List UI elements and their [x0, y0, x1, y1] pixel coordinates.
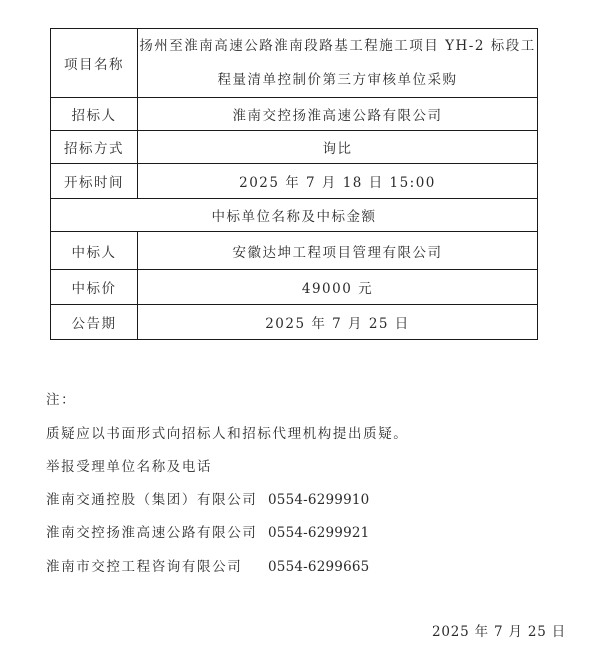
- contact-org: 淮南交控扬淮高速公路有限公司: [46, 521, 268, 541]
- contact-phone: 0554-6299665: [268, 559, 369, 575]
- section-header: 中标单位名称及中标金额: [51, 199, 538, 232]
- notes-heading: 注：: [46, 388, 76, 408]
- method-label: 招标方式: [51, 131, 138, 164]
- row-winner: 中标人 安徽达坤工程项目管理有限公司: [51, 232, 538, 270]
- row-method: 招标方式 询比: [51, 131, 538, 164]
- price-value: 49000 元: [138, 270, 538, 305]
- row-price: 中标价 49000 元: [51, 270, 538, 305]
- contact-phone: 0554-6299921: [268, 525, 369, 541]
- contact-item: 淮南交通控股（集团）有限公司0554-6299910: [46, 488, 369, 508]
- project-name-line2: 程量清单控制价第三方审核单位采购: [138, 63, 537, 97]
- row-opening-time: 开标时间 2025 年 7 月 18 日 15:00: [51, 164, 538, 199]
- row-tenderer: 招标人 淮南交控扬淮高速公路有限公司: [51, 98, 538, 131]
- bid-result-table: 项目名称 扬州至淮南高速公路淮南段路基工程施工项目 YH-2 标段工 程量清单控…: [50, 28, 538, 340]
- notice-period-label: 公告期: [51, 305, 138, 340]
- opening-time-value: 2025 年 7 月 18 日 15:00: [138, 164, 538, 199]
- opening-time-label: 开标时间: [51, 164, 138, 199]
- contact-item: 淮南交控扬淮高速公路有限公司0554-6299921: [46, 521, 369, 541]
- row-project-name: 项目名称 扬州至淮南高速公路淮南段路基工程施工项目 YH-2 标段工 程量清单控…: [51, 29, 538, 98]
- project-name-value: 扬州至淮南高速公路淮南段路基工程施工项目 YH-2 标段工 程量清单控制价第三方…: [138, 29, 538, 98]
- row-notice-period: 公告期 2025 年 7 月 25 日: [51, 305, 538, 340]
- footer-date: 2025 年 7 月 25 日: [432, 620, 566, 640]
- contact-org: 淮南市交控工程咨询有限公司: [46, 555, 268, 575]
- row-section-header: 中标单位名称及中标金额: [51, 199, 538, 232]
- winner-label: 中标人: [51, 232, 138, 270]
- tenderer-label: 招标人: [51, 98, 138, 131]
- tenderer-value: 淮南交控扬淮高速公路有限公司: [138, 98, 538, 131]
- contact-phone: 0554-6299910: [268, 492, 369, 508]
- notice-period-value: 2025 年 7 月 25 日: [138, 305, 538, 340]
- project-name-label: 项目名称: [51, 29, 138, 98]
- contact-org: 淮南交通控股（集团）有限公司: [46, 488, 268, 508]
- contact-item: 淮南市交控工程咨询有限公司0554-6299665: [46, 555, 369, 575]
- method-value: 询比: [138, 131, 538, 164]
- price-label: 中标价: [51, 270, 138, 305]
- notes-line-report: 举报受理单位名称及电话: [46, 455, 212, 475]
- winner-value: 安徽达坤工程项目管理有限公司: [138, 232, 538, 270]
- notes-line-objection: 质疑应以书面形式向招标人和招标代理机构提出质疑。: [46, 422, 408, 442]
- project-name-line1: 扬州至淮南高速公路淮南段路基工程施工项目 YH-2 标段工: [138, 29, 537, 63]
